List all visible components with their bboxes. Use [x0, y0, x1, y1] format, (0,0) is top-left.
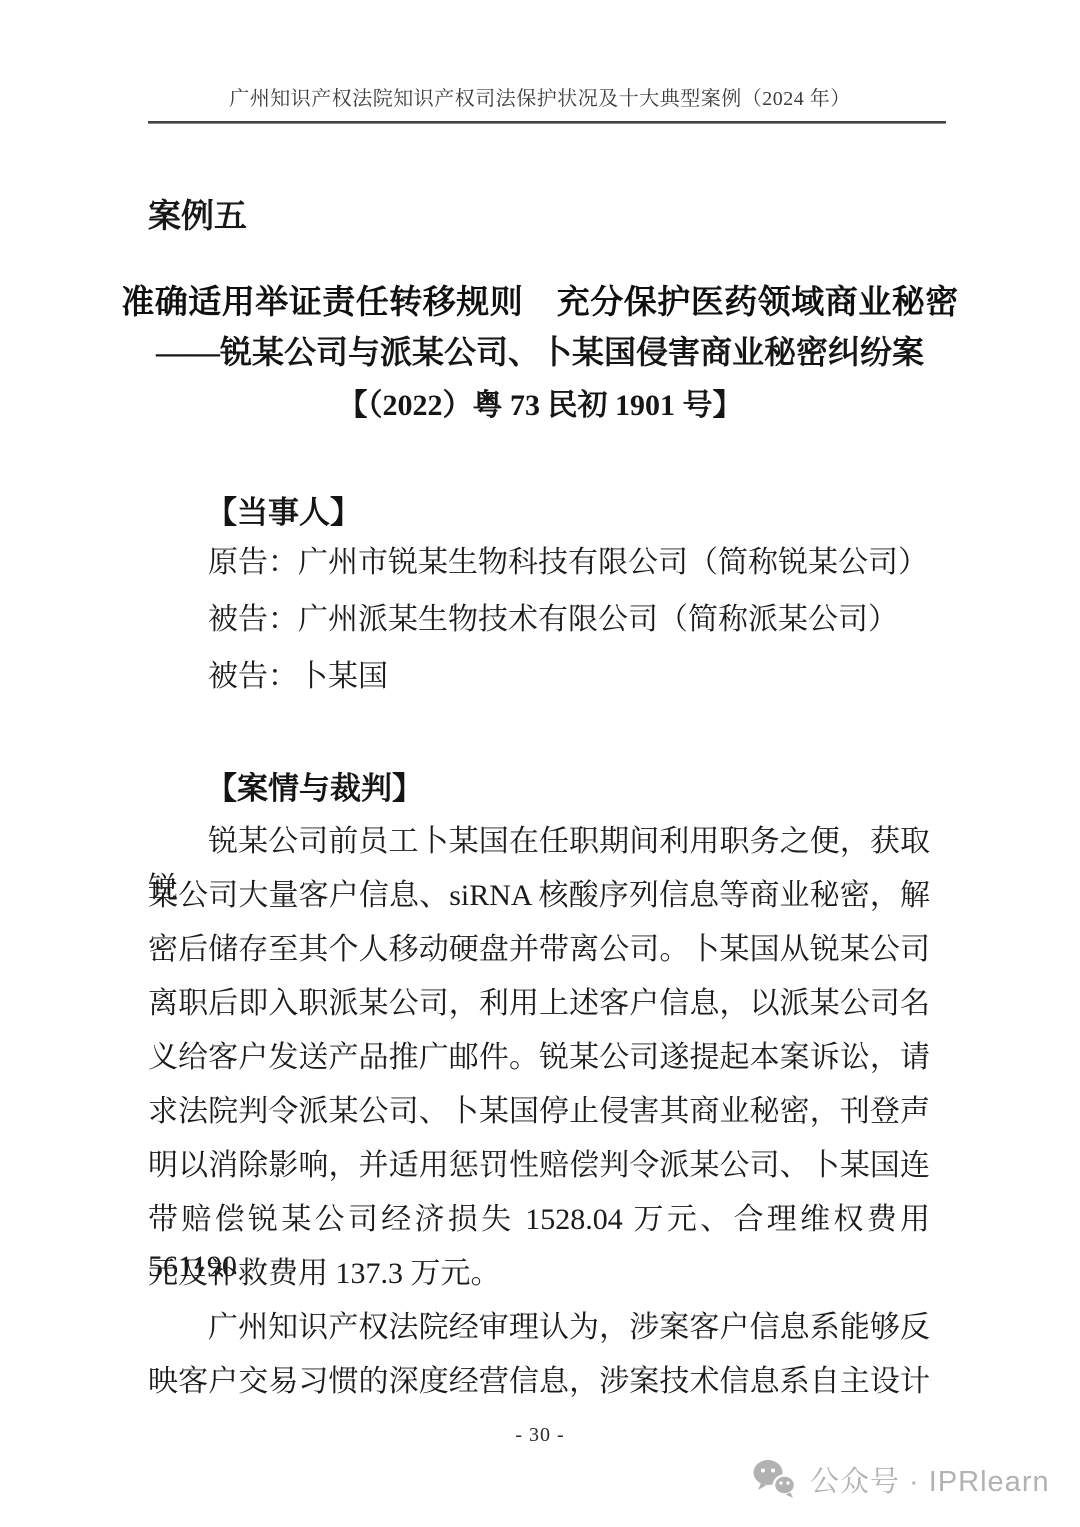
text-line: 锐某公司前员工卜某国在任职期间利用职务之便，获取锐	[148, 818, 930, 872]
text-line: 义给客户发送产品推广邮件。锐某公司遂提起本案诉讼，请	[148, 1034, 930, 1088]
parties-heading: 【当事人】	[206, 487, 361, 532]
case-subtitle: ——锐某公司与派某公司、卜某国侵害商业秘密纠纷案	[0, 327, 1080, 373]
facts-paragraph-2: 广州知识产权法院经审理认为，涉案客户信息系能够反映客户交易习惯的深度经营信息，涉…	[148, 1304, 930, 1412]
facts-heading: 【案情与裁判】	[206, 763, 423, 808]
header-rule	[148, 121, 946, 124]
text-line: 求法院判令派某公司、卜某国停止侵害其商业秘密，刊登声	[148, 1088, 930, 1142]
text-line: 被告：广州派某生物技术有限公司（简称派某公司）	[148, 591, 932, 648]
wechat-brand-label: 公众号 · IPRlearn	[810, 1459, 1050, 1500]
case-number: 【（2022）粤 73 民初 1901 号】	[0, 380, 1080, 424]
case-title: 准确适用举证责任转移规则 充分保护医药领域商业秘密	[0, 276, 1080, 323]
text-line: 某公司大量客户信息、siRNA 核酸序列信息等商业秘密，解	[148, 872, 930, 926]
document-page: 广州知识产权法院知识产权司法保护状况及十大典型案例（2024 年） 案例五 准确…	[0, 0, 1080, 1527]
page-number: - 30 -	[0, 1424, 1080, 1447]
facts-paragraph-1: 锐某公司前员工卜某国在任职期间利用职务之便，获取锐某公司大量客户信息、siRNA…	[148, 818, 930, 1304]
text-line: 原告：广州市锐某生物科技有限公司（简称锐某公司）	[148, 534, 932, 591]
running-head: 广州知识产权法院知识产权司法保护状况及十大典型案例（2024 年）	[0, 86, 1080, 112]
text-line: 离职后即入职派某公司，利用上述客户信息，以派某公司名	[148, 980, 930, 1034]
case-label: 案例五	[148, 190, 247, 237]
text-line: 映客户交易习惯的深度经营信息，涉案技术信息系自主设计	[148, 1358, 930, 1412]
parties-list: 原告：广州市锐某生物科技有限公司（简称锐某公司）被告：广州派某生物技术有限公司（…	[148, 534, 932, 705]
wechat-icon	[752, 1458, 798, 1500]
wechat-brand: 公众号 · IPRlearn	[752, 1458, 1050, 1500]
text-line: 带赔偿锐某公司经济损失 1528.04 万元、合理维权费用 561190	[148, 1196, 930, 1250]
text-line: 广州知识产权法院经审理认为，涉案客户信息系能够反	[148, 1304, 930, 1358]
text-line: 明以消除影响，并适用惩罚性赔偿判令派某公司、卜某国连	[148, 1142, 930, 1196]
text-line: 被告：卜某国	[148, 648, 932, 705]
text-line: 密后储存至其个人移动硬盘并带离公司。卜某国从锐某公司	[148, 926, 930, 980]
text-line: 元及补救费用 137.3 万元。	[148, 1250, 930, 1304]
